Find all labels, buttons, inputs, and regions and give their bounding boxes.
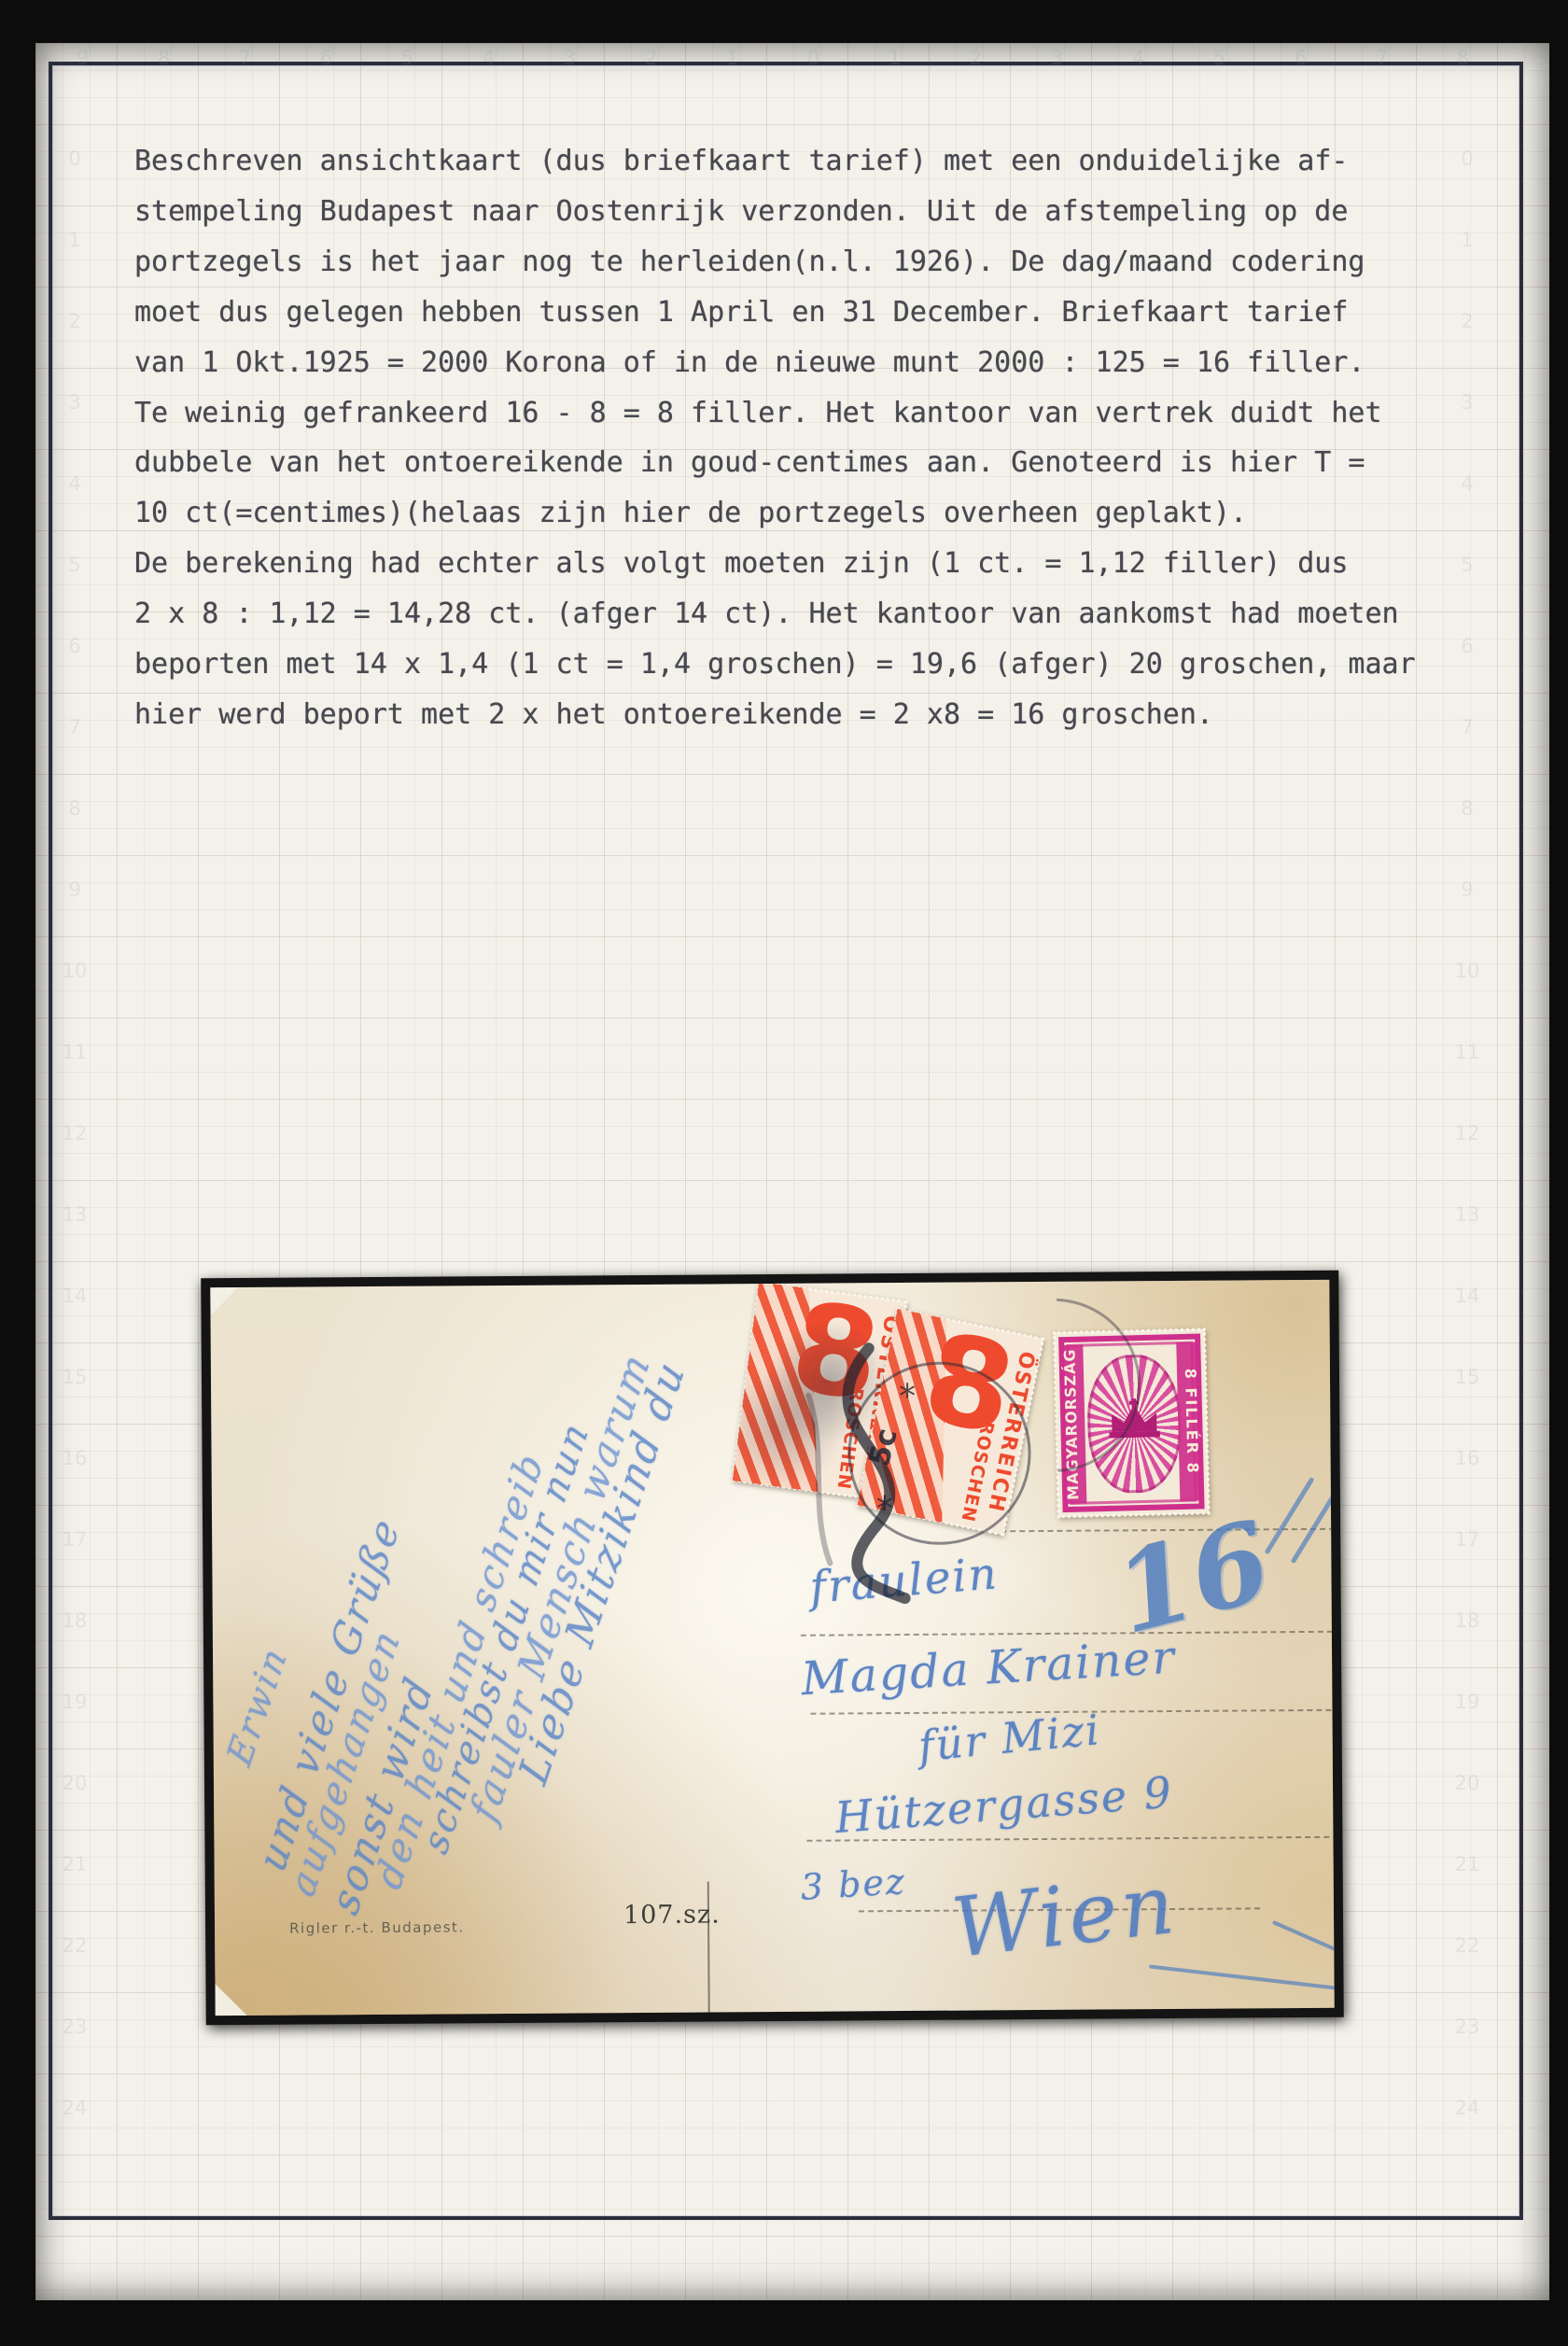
album-photo: 9876543210123456789 01234567891011121314…: [0, 0, 1568, 2346]
postcard-photo: Liebe Mitzikind dufauler Mensch warumsch…: [201, 1271, 1344, 2025]
address-city: Wien: [947, 1856, 1183, 1976]
crayon-stroke: [1272, 1920, 1335, 1973]
typed-line: beporten met 14 x 1,4 (1 ct = 1,4 grosch…: [134, 639, 1488, 690]
card-series-number: 107.sz.: [623, 1900, 721, 1930]
typed-line: stempeling Budapest naar Oostenrijk verz…: [134, 187, 1488, 237]
typed-line: van 1 Okt.1925 = 2000 Korona of in de ni…: [134, 338, 1488, 388]
crayon-stroke: [1149, 1964, 1335, 1990]
address-rule: [801, 1631, 1335, 1637]
typed-line: dubbele van het ontoereikende in goud-ce…: [134, 438, 1488, 488]
album-page: 9876543210123456789 01234567891011121314…: [35, 43, 1549, 2300]
address-line: Magda Krainer: [800, 1631, 1177, 1707]
typed-line: moet dus gelegen hebben tussen 1 April e…: [134, 288, 1488, 338]
address-line: fraulein: [808, 1548, 1001, 1613]
typed-line: Te weinig gefrankeerd 16 - 8 = 8 filler.…: [134, 388, 1488, 439]
photo-corner-notch: [210, 1287, 238, 1315]
typed-line: 2 x 8 : 1,12 = 14,28 ct. (afger 14 ct). …: [134, 589, 1488, 639]
address-line: Hützergasse 9: [833, 1766, 1175, 1843]
typed-line: Beschreven ansichtkaart (dus briefkaart …: [134, 136, 1488, 187]
postcard-back: Liebe Mitzikind dufauler Mensch warumsch…: [210, 1280, 1334, 2016]
photo-corner-notch: [215, 1984, 246, 2016]
typed-line: 10 ct(=centimes)(helaas zijn hier de por…: [134, 488, 1488, 539]
postmark-star: *: [876, 1490, 893, 1528]
postmark-star: *: [899, 1378, 916, 1416]
typed-line: portzegels is het jaar nog te herleiden(…: [134, 237, 1488, 288]
address-line: 3 bez: [800, 1861, 908, 1908]
tax-marking-16: 16: [1102, 1496, 1283, 1659]
typewritten-description: Beschreven ansichtkaart (dus briefkaart …: [134, 136, 1488, 740]
message-line: Erwin: [219, 1639, 295, 1772]
address-line: für Mizi: [917, 1705, 1103, 1771]
stamp-value-label: 8 FILLÉR 8: [1176, 1342, 1202, 1502]
typed-line: hier werd beport met 2 x het ontoereiken…: [134, 690, 1488, 740]
printer-imprint: Rigler r.-t. Budapest.: [289, 1918, 465, 1936]
typed-line: De berekening had echter als volgt moete…: [134, 539, 1488, 589]
